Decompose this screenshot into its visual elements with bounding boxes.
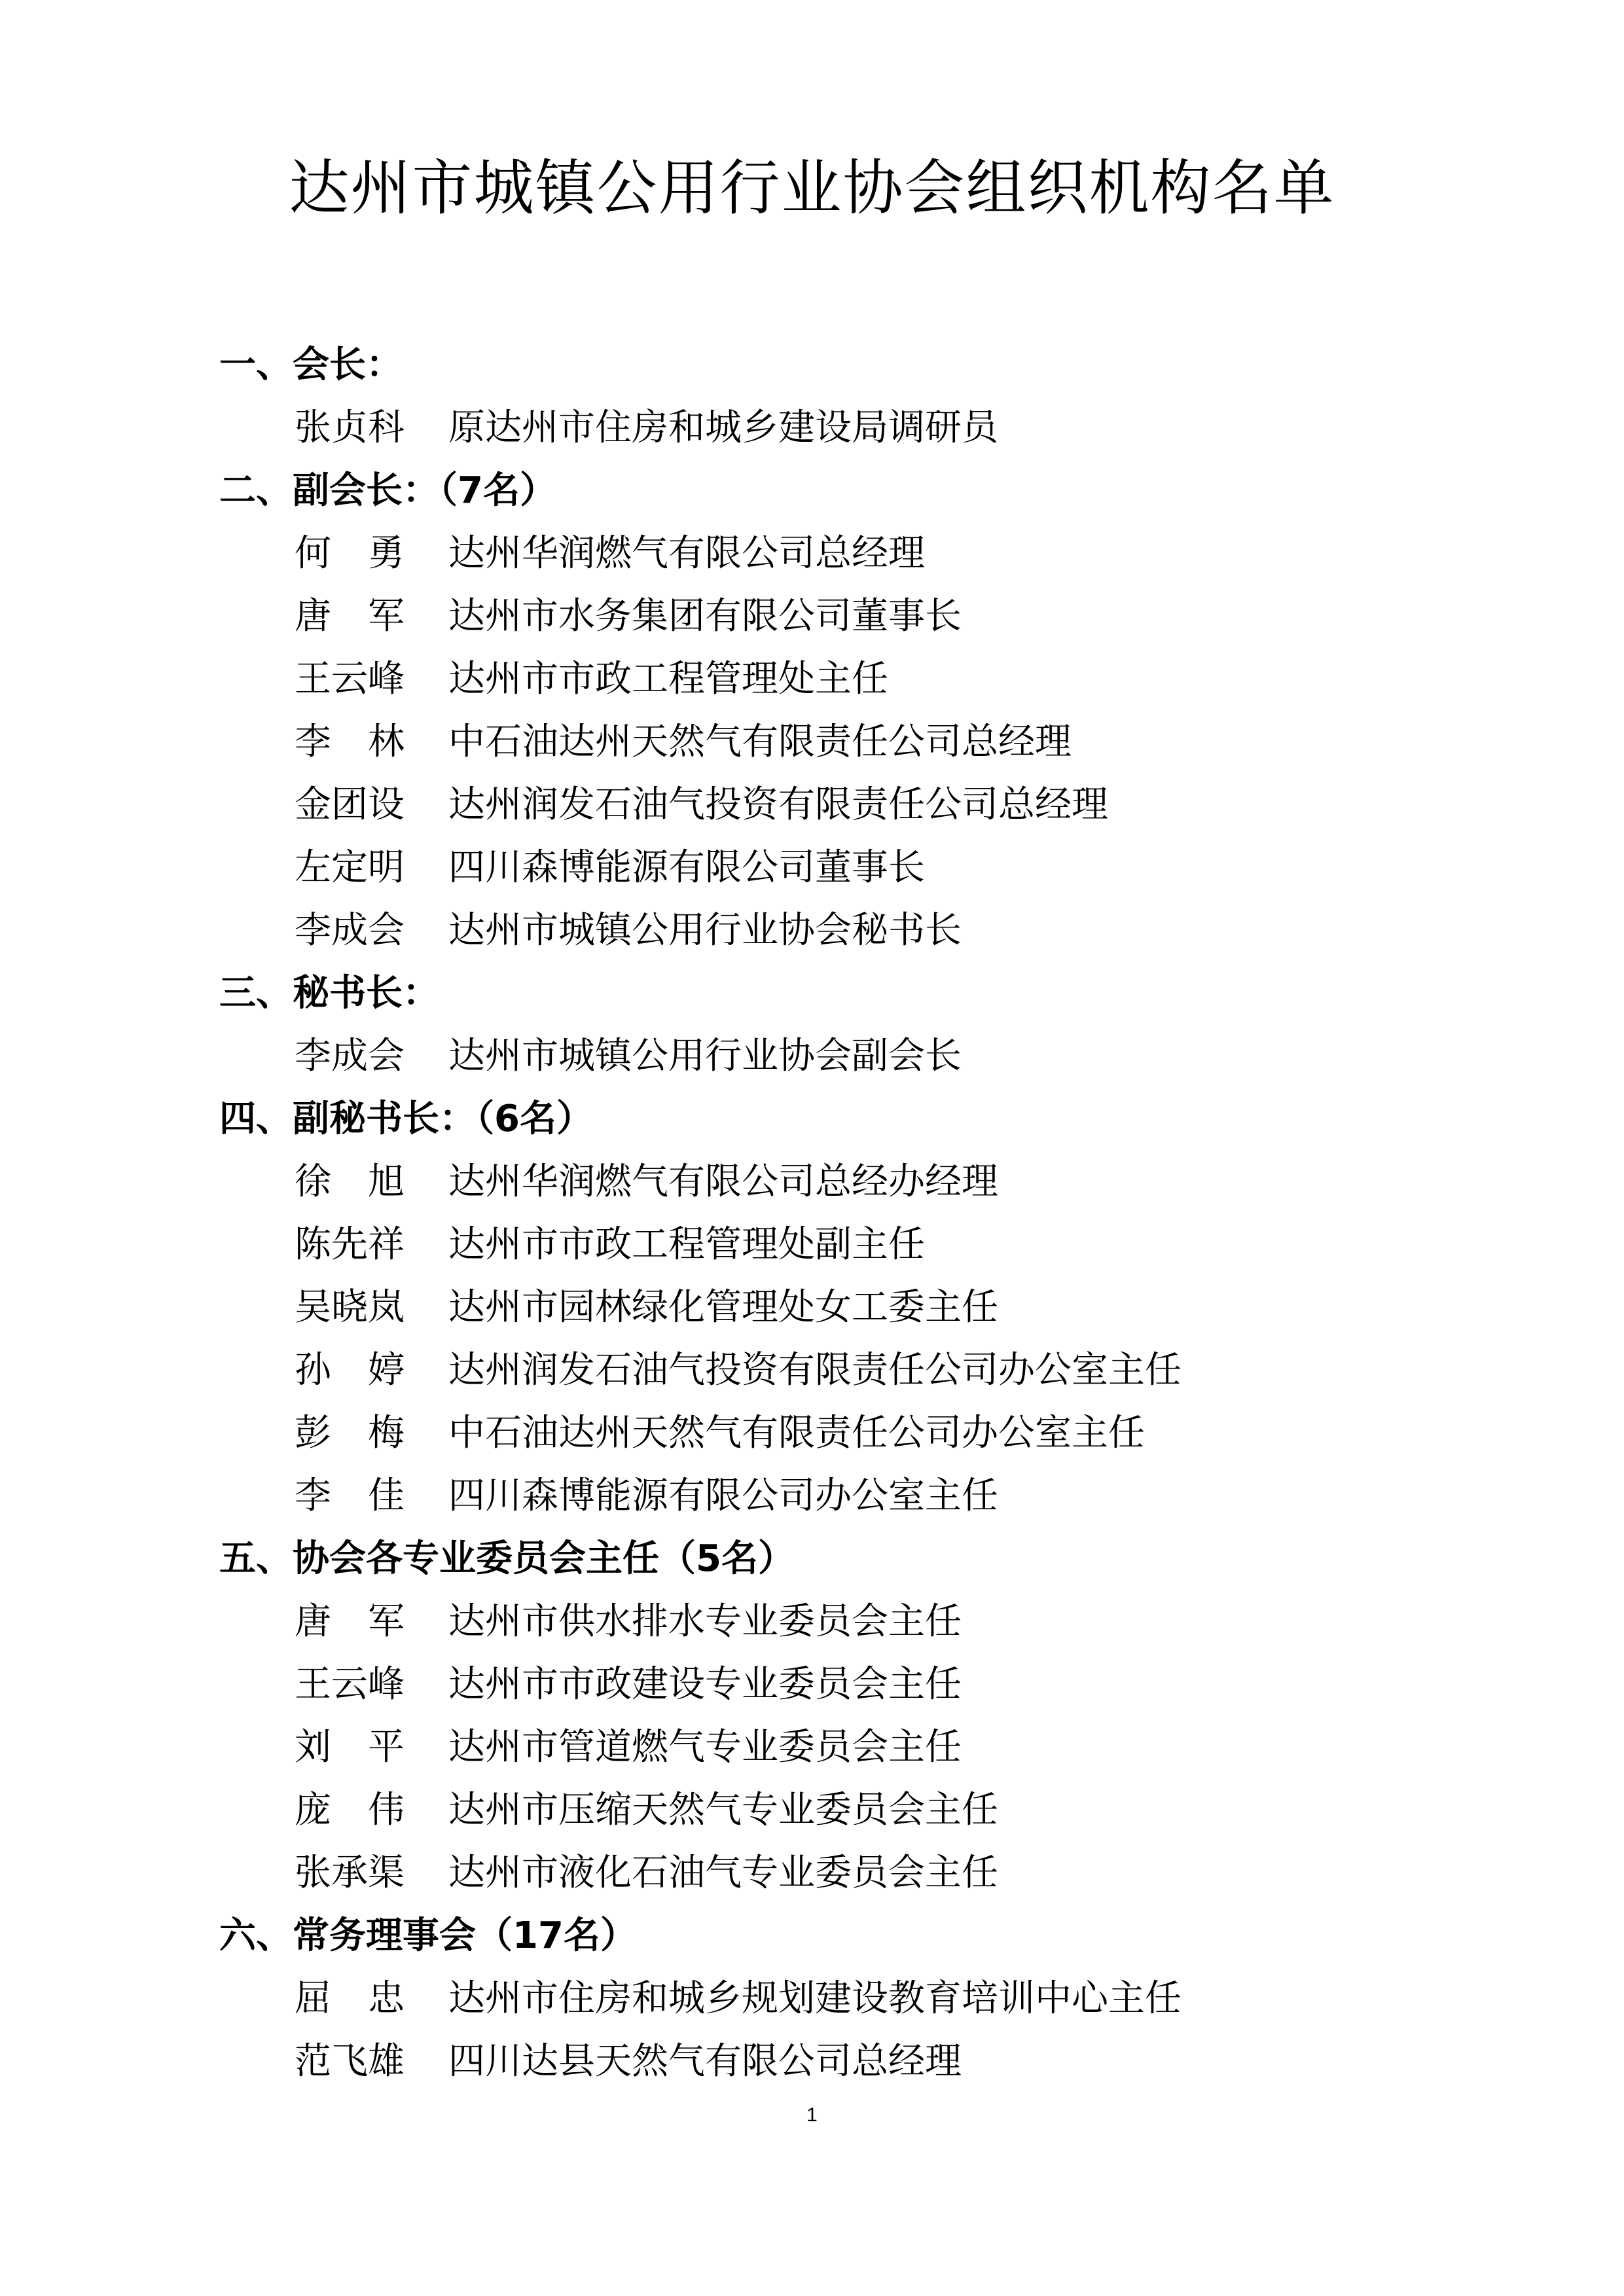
section-heading: 四、副秘书长：（6名） — [219, 1088, 1463, 1151]
member-row: 何 勇 达州华润燃气有限公司总经理 — [219, 522, 1463, 585]
section-heading: 三、秘书长： — [219, 962, 1463, 1025]
member-row: 屈 忠 达州市住房和城乡规划建设教育培训中心主任 — [219, 1967, 1463, 2030]
member-position: 达州市液化石油气专业委员会主任 — [448, 1842, 998, 1905]
member-row: 唐 军 达州市供水排水专业委员会主任 — [219, 1590, 1463, 1653]
member-position: 达州润发石油气投资有限责任公司总经理 — [448, 774, 1108, 836]
member-position: 原达州市住房和城乡建设局调研员 — [448, 397, 998, 459]
member-position: 达州市管道燃气专业委员会主任 — [448, 1716, 962, 1779]
member-name: 李 林 — [295, 711, 448, 774]
document-title: 达州市城镇公用行业协会组织机构名单 — [0, 149, 1624, 228]
member-name: 李 佳 — [295, 1465, 448, 1528]
member-name: 张贞科 — [295, 397, 448, 459]
member-name: 屈 忠 — [295, 1967, 448, 2030]
member-name: 王云峰 — [295, 1653, 448, 1716]
member-row: 张贞科 原达州市住房和城乡建设局调研员 — [219, 397, 1463, 459]
member-position: 中石油达州天然气有限责任公司总经理 — [448, 711, 1072, 774]
member-name: 何 勇 — [295, 522, 448, 585]
member-position: 达州市住房和城乡规划建设教育培训中心主任 — [448, 1967, 1182, 2030]
member-name: 张承渠 — [295, 1842, 448, 1905]
member-row: 李成会 达州市城镇公用行业协会副会长 — [219, 1025, 1463, 1088]
member-row: 陈先祥 达州市市政工程管理处副主任 — [219, 1213, 1463, 1276]
member-position: 达州华润燃气有限公司总经办经理 — [448, 1151, 998, 1213]
section-committee-directors: 五、协会各专业委员会主任（5名） 唐 军 达州市供水排水专业委员会主任 王云峰 … — [219, 1528, 1463, 1905]
member-position: 达州市市政建设专业委员会主任 — [448, 1653, 962, 1716]
member-name: 王云峰 — [295, 648, 448, 711]
member-row: 金团设 达州润发石油气投资有限责任公司总经理 — [219, 774, 1463, 836]
member-position: 达州市市政工程管理处副主任 — [448, 1213, 925, 1276]
member-row: 李 佳 四川森博能源有限公司办公室主任 — [219, 1465, 1463, 1528]
member-name: 范飞雄 — [295, 2030, 448, 2093]
member-position: 达州市市政工程管理处主任 — [448, 648, 888, 711]
member-position: 达州润发石油气投资有限责任公司办公室主任 — [448, 1339, 1182, 1402]
page-number: 1 — [0, 2104, 1624, 2126]
member-position: 达州市供水排水专业委员会主任 — [448, 1590, 962, 1653]
member-position: 达州市水务集团有限公司董事长 — [448, 585, 962, 648]
member-name: 彭 梅 — [295, 1402, 448, 1465]
member-position: 四川达县天然气有限公司总经理 — [448, 2030, 962, 2093]
member-row: 唐 军 达州市水务集团有限公司董事长 — [219, 585, 1463, 648]
member-name: 吴晓岚 — [295, 1276, 448, 1339]
member-row: 刘 平 达州市管道燃气专业委员会主任 — [219, 1716, 1463, 1779]
member-row: 彭 梅 中石油达州天然气有限责任公司办公室主任 — [219, 1402, 1463, 1465]
section-standing-council: 六、常务理事会（17名） 屈 忠 达州市住房和城乡规划建设教育培训中心主任 范飞… — [219, 1905, 1463, 2093]
member-row: 王云峰 达州市市政建设专业委员会主任 — [219, 1653, 1463, 1716]
member-name: 孙 婷 — [295, 1339, 448, 1402]
member-position: 四川森博能源有限公司办公室主任 — [448, 1465, 998, 1528]
member-name: 金团设 — [295, 774, 448, 836]
member-name: 李成会 — [295, 1025, 448, 1088]
member-row: 孙 婷 达州润发石油气投资有限责任公司办公室主任 — [219, 1339, 1463, 1402]
member-name: 唐 军 — [295, 585, 448, 648]
member-row: 王云峰 达州市市政工程管理处主任 — [219, 648, 1463, 711]
member-position: 达州市城镇公用行业协会副会长 — [448, 1025, 962, 1088]
member-name: 陈先祥 — [295, 1213, 448, 1276]
section-heading: 五、协会各专业委员会主任（5名） — [219, 1528, 1463, 1590]
member-name: 徐 旭 — [295, 1151, 448, 1213]
member-row: 李 林 中石油达州天然气有限责任公司总经理 — [219, 711, 1463, 774]
member-row: 徐 旭 达州华润燃气有限公司总经办经理 — [219, 1151, 1463, 1213]
section-heading: 二、副会长：（7名） — [219, 459, 1463, 522]
member-row: 吴晓岚 达州市园林绿化管理处女工委主任 — [219, 1276, 1463, 1339]
member-name: 庞 伟 — [295, 1779, 448, 1842]
member-name: 李成会 — [295, 899, 448, 962]
member-row: 庞 伟 达州市压缩天然气专业委员会主任 — [219, 1779, 1463, 1842]
member-name: 左定明 — [295, 836, 448, 899]
section-heading: 一、会长： — [219, 334, 1463, 397]
section-secretary-general: 三、秘书长： 李成会 达州市城镇公用行业协会副会长 — [219, 962, 1463, 1088]
member-position: 中石油达州天然气有限责任公司办公室主任 — [448, 1402, 1145, 1465]
member-position: 四川森博能源有限公司董事长 — [448, 836, 925, 899]
member-row: 范飞雄 四川达县天然气有限公司总经理 — [219, 2030, 1463, 2093]
member-position: 达州华润燃气有限公司总经理 — [448, 522, 925, 585]
member-row: 左定明 四川森博能源有限公司董事长 — [219, 836, 1463, 899]
section-vice-presidents: 二、副会长：（7名） 何 勇 达州华润燃气有限公司总经理 唐 军 达州市水务集团… — [219, 459, 1463, 962]
member-row: 张承渠 达州市液化石油气专业委员会主任 — [219, 1842, 1463, 1905]
member-position: 达州市压缩天然气专业委员会主任 — [448, 1779, 998, 1842]
member-name: 刘 平 — [295, 1716, 448, 1779]
member-name: 唐 军 — [295, 1590, 448, 1653]
member-position: 达州市园林绿化管理处女工委主任 — [448, 1276, 998, 1339]
roster-content: 一、会长： 张贞科 原达州市住房和城乡建设局调研员 二、副会长：（7名） 何 勇… — [219, 334, 1463, 2093]
section-president: 一、会长： 张贞科 原达州市住房和城乡建设局调研员 — [219, 334, 1463, 459]
section-deputy-secretaries: 四、副秘书长：（6名） 徐 旭 达州华润燃气有限公司总经办经理 陈先祥 达州市市… — [219, 1088, 1463, 1528]
member-position: 达州市城镇公用行业协会秘书长 — [448, 899, 962, 962]
member-row: 李成会 达州市城镇公用行业协会秘书长 — [219, 899, 1463, 962]
section-heading: 六、常务理事会（17名） — [219, 1905, 1463, 1967]
